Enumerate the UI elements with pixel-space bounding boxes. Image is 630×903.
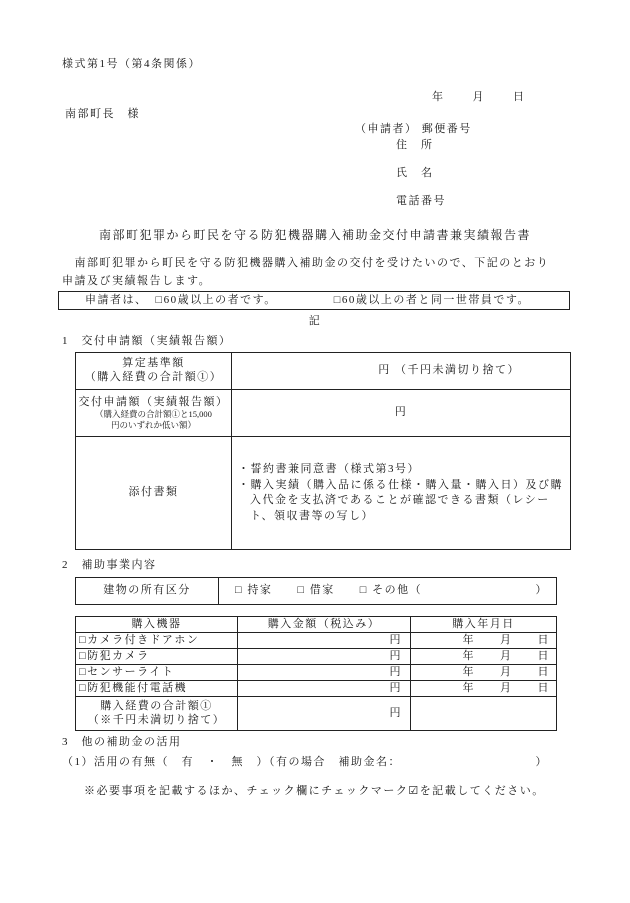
attachment-item-2: ・購入実績（購入品に係る仕様・購入量・購入日）及び購入代金を支払済であることが確…	[238, 478, 565, 525]
amount-unit: 円	[238, 681, 411, 697]
header-item: 購入機器	[76, 617, 238, 633]
grant-amount-label-2: （購入経費の合計額①と15,000	[76, 409, 231, 420]
purchase-item-camera: □防犯カメラ	[76, 649, 238, 665]
eligibility-option-household: □60歳以上の者と同一世帯員です。	[334, 294, 530, 308]
attachments-list-cell: ・誓約書兼同意書（様式第3号） ・購入実績（購入品に係る仕様・購入量・購入日）及…	[232, 437, 571, 550]
standard-amount-label-cell: 算定基準額 （購入経費の合計額①）	[76, 353, 232, 390]
purchase-item-sensorlight: □センサーライト	[76, 665, 238, 681]
ownership-options-cell: □ 持家 □ 借家 □ その他（ ）	[219, 578, 557, 605]
attachments-label-cell: 添付書類	[76, 437, 232, 550]
applicant-name-label: 氏 名	[396, 167, 434, 181]
eligibility-box: 申請者は、 □60歳以上の者です。 □60歳以上の者と同一世帯員です。	[58, 291, 570, 310]
section3-heading: 3 他の補助金の活用	[62, 736, 182, 750]
ownership-close-paren: ）	[536, 584, 549, 598]
ownership-label-cell: 建物の所有区分	[76, 578, 219, 605]
amount-unit: 円	[238, 665, 411, 681]
amount-unit: 円	[238, 649, 411, 665]
applicant-phone-label: 電話番号	[396, 195, 446, 209]
section2-heading: 2 補助事業内容	[62, 559, 157, 573]
table-row: 建物の所有区分 □ 持家 □ 借家 □ その他（ ）	[76, 578, 557, 605]
ownership-blank-space	[422, 584, 535, 598]
usage-text: （1）活用の有無（ 有 ・ 無 ）（有の場合 補助金名：	[62, 756, 401, 770]
subsidy-name-blank	[401, 756, 536, 770]
grant-amount-label-3: 円のいずれか低い額）	[76, 420, 231, 431]
amount-unit: 円	[238, 633, 411, 649]
purchase-item-phone: □防犯機能付電話機	[76, 681, 238, 697]
applicant-address-label: 住 所	[396, 139, 434, 153]
purchase-header-row: 購入機器 購入金額（税込み） 購入年月日	[76, 617, 557, 633]
table-row: □カメラ付きドアホン 円 年 月 日	[76, 633, 557, 649]
intro-line-2: 申請及び実績報告します。	[62, 275, 211, 289]
other-subsidy-usage-line: （1）活用の有無（ 有 ・ 無 ）（有の場合 補助金名： ）	[62, 756, 548, 770]
addressee: 南部町長 様	[65, 108, 140, 122]
date-line: 年 月 日	[432, 91, 526, 105]
standard-amount-label-2: （購入経費の合計額①）	[76, 371, 231, 385]
total-amount-unit: 円	[238, 697, 411, 731]
purchase-total-row: 購入経費の合計額① （※千円未満切り捨て） 円	[76, 697, 557, 731]
table-row: □防犯カメラ 円 年 月 日	[76, 649, 557, 665]
grant-amount-label-1: 交付申請額（実績報告額）	[76, 396, 231, 410]
document-title: 南部町犯罪から町民を守る防犯機器購入補助金交付申請書兼実績報告書	[0, 228, 630, 243]
applicant-postal-label: （申請者） 郵便番号	[355, 123, 472, 137]
usage-close-paren: ）	[536, 756, 549, 770]
table-row: □防犯機能付電話機 円 年 月 日	[76, 681, 557, 697]
section1-heading: 1 交付申請額（実績報告額）	[62, 335, 232, 349]
standard-amount-label-1: 算定基準額	[76, 357, 231, 371]
date-day-label: 日	[513, 91, 526, 105]
header-amount: 購入金額（税込み）	[238, 617, 411, 633]
total-label-1: 購入経費の合計額①	[76, 700, 237, 714]
intro-line-1: 南部町犯罪から町民を守る防犯機器購入補助金の交付を受けたいので、下記のとおり	[62, 257, 549, 271]
date-year-label: 年	[432, 91, 445, 105]
date-month-label: 月	[473, 91, 486, 105]
eligibility-prefix: 申請者は、	[85, 294, 148, 308]
grant-amount-label-cell: 交付申請額（実績報告額） （購入経費の合計額①と15,000 円のいずれか低い額…	[76, 390, 232, 437]
eligibility-option-60over: □60歳以上の者です。	[156, 294, 277, 308]
attachment-item-1: ・誓約書兼同意書（様式第3号）	[238, 462, 565, 478]
form-page: 様式第1号（第4条関係） 年 月 日 南部町長 様 （申請者） 郵便番号 住 所…	[0, 0, 630, 903]
purchase-table: 購入機器 購入金額（税込み） 購入年月日 □カメラ付きドアホン 円 年 月 日 …	[75, 616, 557, 731]
purchase-date: 年 月 日	[411, 665, 557, 681]
building-ownership-table: 建物の所有区分 □ 持家 □ 借家 □ その他（ ）	[75, 577, 557, 605]
purchase-item-doorphone: □カメラ付きドアホン	[76, 633, 238, 649]
total-date-empty-cell	[411, 697, 557, 731]
table-row: 添付書類 ・誓約書兼同意書（様式第3号） ・購入実績（購入品に係る仕様・購入量・…	[76, 437, 571, 550]
purchase-date: 年 月 日	[411, 649, 557, 665]
grant-amount-table: 算定基準額 （購入経費の合計額①） 円 （千円未満切り捨て） 交付申請額（実績報…	[75, 352, 571, 550]
total-label-cell: 購入経費の合計額① （※千円未満切り捨て）	[76, 697, 238, 731]
standard-amount-value-cell: 円 （千円未満切り捨て）	[232, 353, 571, 390]
header-date: 購入年月日	[411, 617, 557, 633]
table-row: 交付申請額（実績報告額） （購入経費の合計額①と15,000 円のいずれか低い額…	[76, 390, 571, 437]
purchase-date: 年 月 日	[411, 633, 557, 649]
table-row: 算定基準額 （購入経費の合計額①） 円 （千円未満切り捨て）	[76, 353, 571, 390]
checkmark-note: ※必要事項を記載するほか、チェック欄にチェックマーク☑を記載してください。	[84, 785, 545, 799]
ownership-options: □ 持家 □ 借家 □ その他（	[235, 584, 422, 598]
record-mark: 記	[0, 315, 630, 329]
form-number: 様式第1号（第4条関係）	[62, 58, 201, 72]
purchase-date: 年 月 日	[411, 681, 557, 697]
table-row: □センサーライト 円 年 月 日	[76, 665, 557, 681]
grant-amount-value-cell: 円	[232, 390, 571, 437]
total-label-2: （※千円未満切り捨て）	[76, 714, 237, 728]
